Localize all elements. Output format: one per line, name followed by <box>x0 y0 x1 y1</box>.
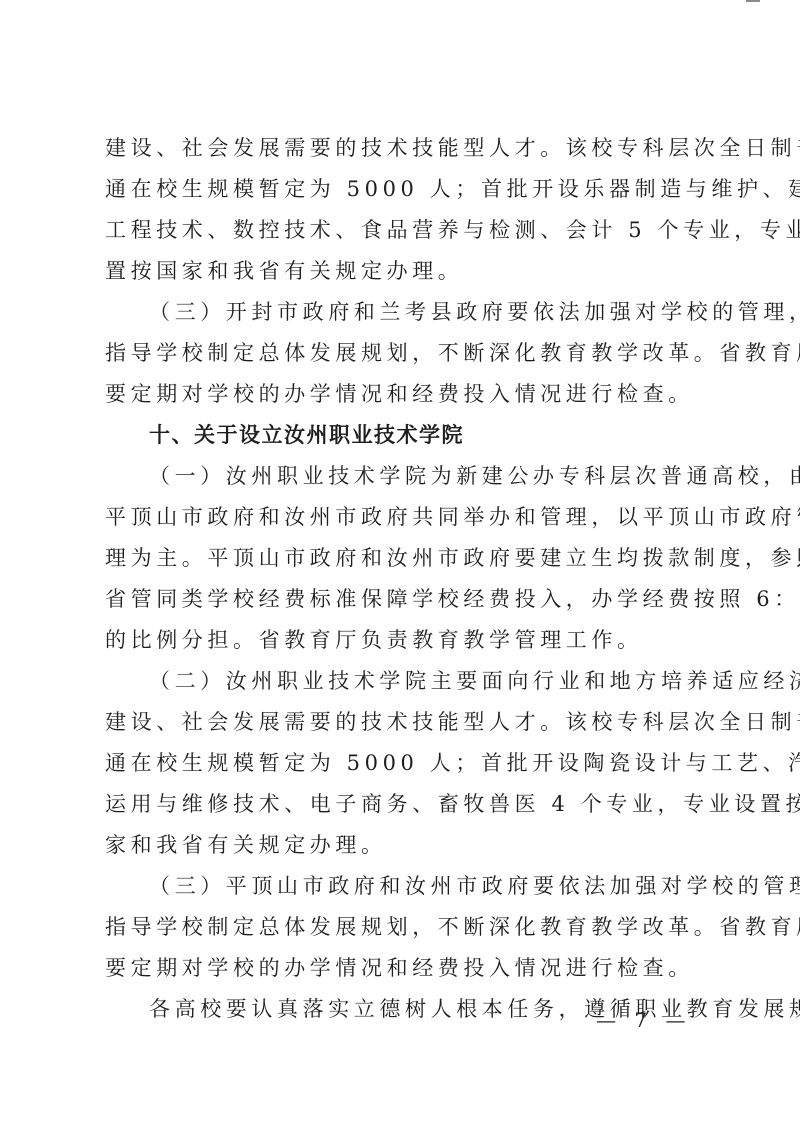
page-number: — 7 — <box>596 1008 691 1032</box>
text-line: 通在校生规模暂定为 5000 人；首批开设乐器制造与维护、建筑 <box>105 169 717 210</box>
text-line: 建设、社会发展需要的技术技能型人才。该校专科层次全日制普 <box>105 128 717 169</box>
text-line: 运用与维修技术、电子商务、畜牧兽医 4 个专业，专业设置按国 <box>105 784 717 825</box>
text-line: 要定期对学校的办学情况和经费投入情况进行检查。 <box>105 374 717 415</box>
document-body: 建设、社会发展需要的技术技能型人才。该校专科层次全日制普 通在校生规模暂定为 5… <box>105 128 717 1030</box>
paragraph-start-line: （二）汝州职业技术学院主要面向行业和地方培养适应经济 <box>105 661 717 702</box>
text-line: 工程技术、数控技术、食品营养与检测、会计 5 个专业，专业设 <box>105 210 717 251</box>
text-line: 平顶山市政府和汝州市政府共同举办和管理，以平顶山市政府管 <box>105 497 717 538</box>
text-line: 置按国家和我省有关规定办理。 <box>105 251 717 292</box>
text-line: 的比例分担。省教育厅负责教育教学管理工作。 <box>105 620 717 661</box>
paragraph-start-line: （三）开封市政府和兰考县政府要依法加强对学校的管理， <box>105 292 717 333</box>
section-heading: 十、关于设立汝州职业技术学院 <box>105 415 717 456</box>
scan-corner-mark <box>746 0 760 2</box>
text-line: 要定期对学校的办学情况和经费投入情况进行检查。 <box>105 948 717 989</box>
text-line: 指导学校制定总体发展规划，不断深化教育教学改革。省教育厅 <box>105 907 717 948</box>
text-line: 通在校生规模暂定为 5000 人；首批开设陶瓷设计与工艺、汽车 <box>105 743 717 784</box>
text-line: 建设、社会发展需要的技术技能型人才。该校专科层次全日制普 <box>105 702 717 743</box>
paragraph-start-line: （三）平顶山市政府和汝州市政府要依法加强对学校的管理， <box>105 866 717 907</box>
text-line: 理为主。平顶山市政府和汝州市政府要建立生均拨款制度，参照 <box>105 538 717 579</box>
text-line: 指导学校制定总体发展规划，不断深化教育教学改革。省教育厅 <box>105 333 717 374</box>
text-line: 家和我省有关规定办理。 <box>105 825 717 866</box>
paragraph-start-line: （一）汝州职业技术学院为新建公办专科层次普通高校，由 <box>105 456 717 497</box>
text-line: 省管同类学校经费标准保障学校经费投入，办学经费按照 6：4 <box>105 579 717 620</box>
